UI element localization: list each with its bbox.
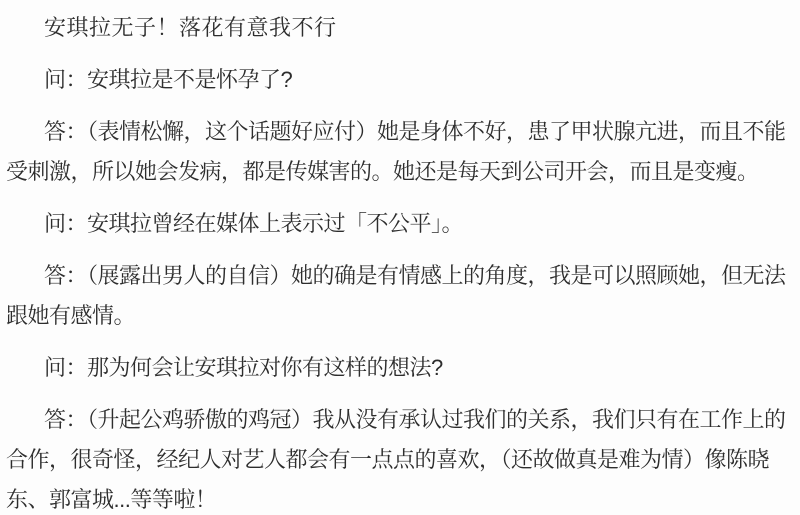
- article-title: 安琪拉无子！落花有意我不行: [6, 8, 776, 48]
- paragraph-line: 东、郭富城...等等啦！: [6, 480, 776, 515]
- qa-paragraph-answer: 答：（表情松懈，这个话题好应付）她是身体不好，患了甲状腺亢进，而且不能受刺激，所…: [6, 112, 776, 192]
- paragraph-line: 答：（表情松懈，这个话题好应付）她是身体不好，患了甲状腺亢进，而且不能: [6, 112, 776, 152]
- article-body: 问：安琪拉是不是怀孕了?答：（表情松懈，这个话题好应付）她是身体不好，患了甲状腺…: [6, 60, 776, 515]
- qa-paragraph-question: 问：那为何会让安琪拉对你有这样的想法?: [6, 348, 776, 388]
- page: { "article": { "title": "安琪拉无子！落花有意我不行",…: [0, 0, 800, 515]
- article: 安琪拉无子！落花有意我不行 问：安琪拉是不是怀孕了?答：（表情松懈，这个话题好应…: [0, 0, 800, 515]
- paragraph-line: 问：安琪拉曾经在媒体上表示过「不公平」。: [6, 204, 776, 244]
- paragraph-line: 受刺激，所以她会发病，都是传媒害的。她还是每天到公司开会，而且是变瘦。: [6, 152, 776, 192]
- qa-paragraph-answer: 答：（升起公鸡骄傲的鸡冠）我从没有承认过我们的关系，我们只有在工作上的合作，很奇…: [6, 400, 776, 515]
- paragraph-line: 问：那为何会让安琪拉对你有这样的想法?: [6, 348, 776, 388]
- qa-paragraph-question: 问：安琪拉曾经在媒体上表示过「不公平」。: [6, 204, 776, 244]
- qa-paragraph-answer: 答：（展露出男人的自信）她的确是有情感上的角度，我是可以照顾她，但无法跟她有感情…: [6, 256, 776, 336]
- paragraph-line: 合作，很奇怪，经纪人对艺人都会有一点点的喜欢，（还故做真是难为情）像陈晓: [6, 440, 776, 480]
- paragraph-line: 答：（升起公鸡骄傲的鸡冠）我从没有承认过我们的关系，我们只有在工作上的: [6, 400, 776, 440]
- paragraph-line: 跟她有感情。: [6, 296, 776, 336]
- paragraph-line: 问：安琪拉是不是怀孕了?: [6, 60, 776, 100]
- paragraph-line: 答：（展露出男人的自信）她的确是有情感上的角度，我是可以照顾她，但无法: [6, 256, 776, 296]
- qa-paragraph-question: 问：安琪拉是不是怀孕了?: [6, 60, 776, 100]
